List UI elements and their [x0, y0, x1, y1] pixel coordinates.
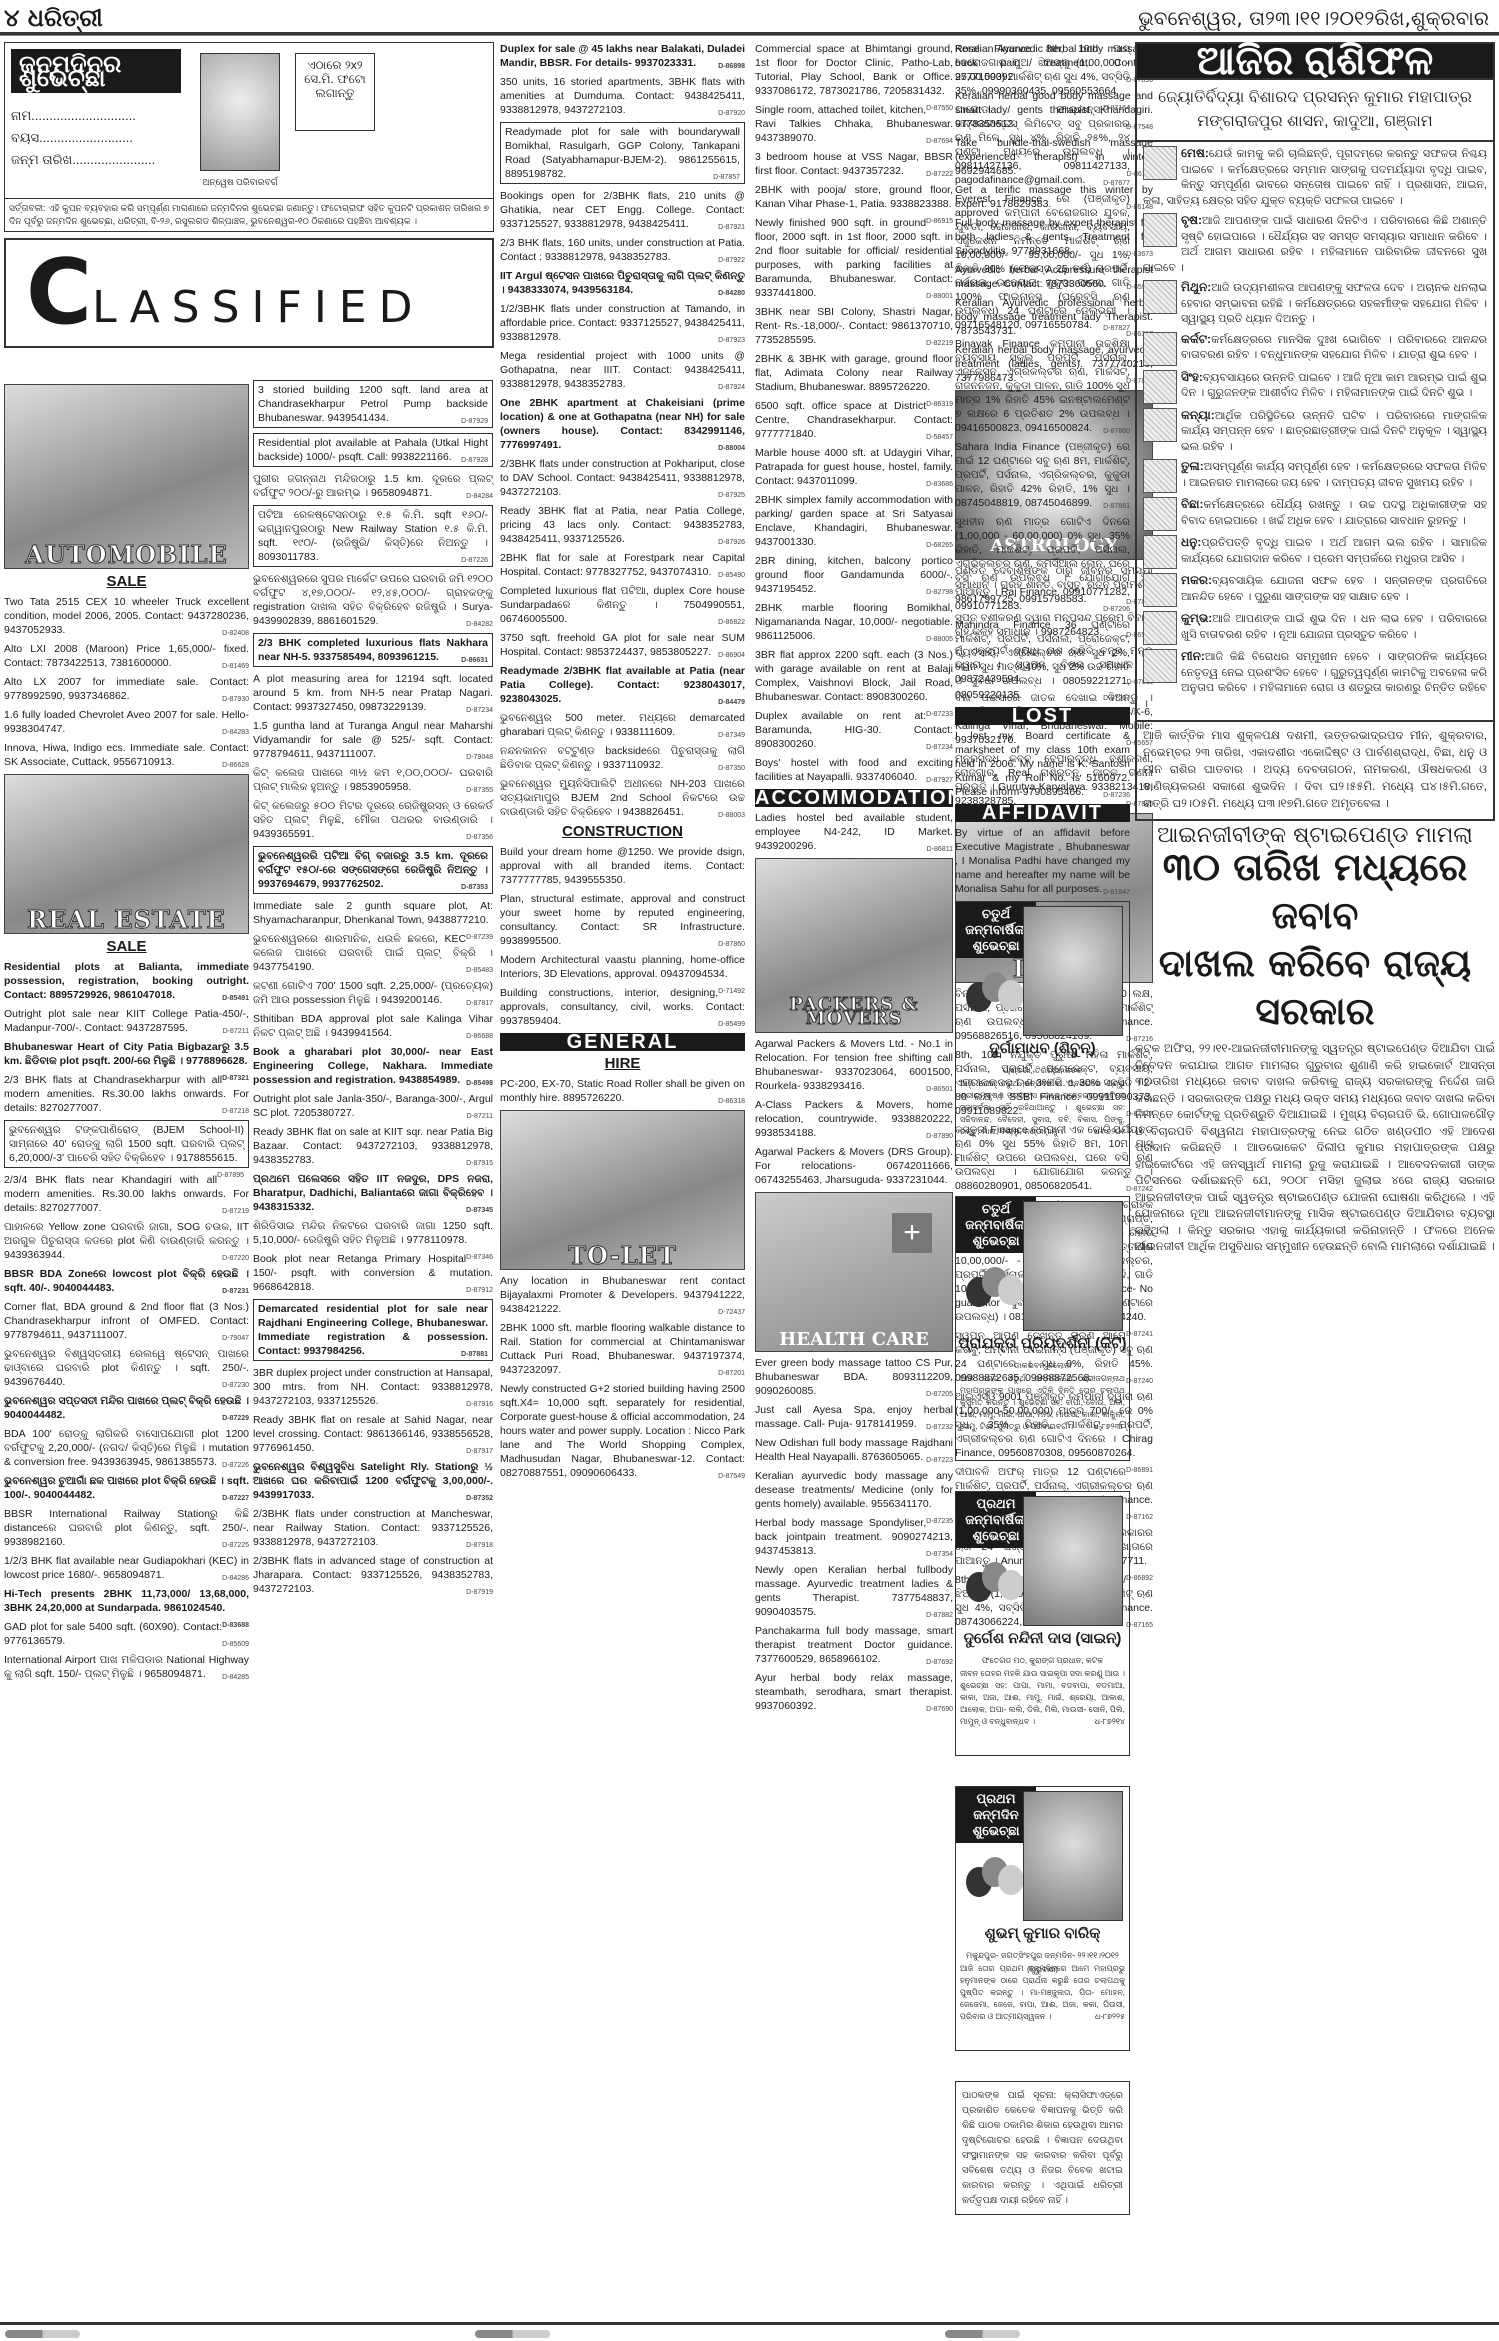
classified-ad: କିଟ୍ କଲେଜ ପାଖରେ ୩½ କମ ୧,୦୦,୦୦୦/- ଘରବାରି … [253, 766, 493, 794]
ad-code: D-87240 [1126, 1375, 1153, 1389]
ad-code: D-83686 [926, 478, 953, 492]
classified-ad: 1/2/3 BHK flat available near Gudiapokha… [4, 1554, 249, 1582]
lost-ad: I lost my Board certificate & marksheet … [955, 729, 1130, 799]
classified-ad: Residential plot available at Pahala (Ut… [253, 433, 493, 467]
classified-ad: 2/3BHK flats under construction at Manch… [253, 1507, 493, 1549]
horoscope-column: ଆଜିର ରାଶିଫଳ ଜ୍ୟୋତିର୍ବିଦ୍ୟା ବିଶାରଦ ପ୍ରସନ୍… [1135, 42, 1495, 1256]
ad-code: D-87231 [222, 1285, 249, 1299]
header-rule [0, 32, 1499, 36]
zodiac-sign-item: ମିଥୁନ:ଆଜି ଉଦ୍ୟମଶୀଳତା ଆପଣଙ୍କୁ ସଫଳତା ଦେବ ।… [1143, 280, 1487, 328]
ad-code: D-82219 [926, 337, 953, 351]
ad-code: D-87917 [466, 1445, 493, 1459]
ad-code: D-87929 [461, 415, 488, 429]
wish-message: ଆଜି ତୋର ଚତୁର୍ଥ ଜନ୍ମବାର୍ଷିକୀ ଅବସରରେ ପ୍ରଭୁ… [960, 1078, 1125, 1138]
classified-ad: 350 units, 16 storied apartments, 3BHK f… [500, 75, 745, 117]
classified-ad: ଶିରିଡିସାଇ ମନ୍ଦିର ନିକଟରେ ଘରବାରି ଜାଗା 1250… [253, 1219, 493, 1247]
zodiac-icon [1143, 408, 1177, 442]
classified-ad: Two Tata 2515 CEX 10 wheeler Truck excel… [4, 595, 249, 637]
classified-ad: ଭୁବନେଶ୍ୱର ବିଶ୍ୱସୁବିଧ Satelight Rly. Stat… [253, 1460, 493, 1502]
ad-code: D-86318 [718, 1095, 745, 1109]
classified-ad: Demarcated residential plot for sale nea… [253, 1299, 493, 1361]
classified-ad: New Odishan full body massage Rajdhani H… [755, 1436, 953, 1464]
ad-code: D-87232 [926, 1421, 953, 1435]
classified-ad: One 2BHK apartment at Chakeisiani (prime… [500, 396, 745, 452]
ad-code: D-87164 [1103, 102, 1130, 116]
classified-ad: 1.6 fully loaded Chevrolet Aveo 2007 for… [4, 708, 249, 736]
classified-ad: Single room, attached toilet, kitchen, R… [755, 103, 953, 145]
wish-place: ପାଣ୍ଡଗାଁ, ତିରିରିଆ, କଟକ [956, 1064, 1129, 1078]
classified-ad: 2BHK flat for sale at Forestpark near Ca… [500, 551, 745, 579]
ad-code: D-82408 [222, 627, 249, 641]
ad-code: D-88003 [718, 809, 745, 823]
classified-ad: Boys' hostel with food and exciting faci… [755, 756, 953, 784]
lost-heading: LOST [955, 707, 1130, 725]
ad-code: D-87234 [926, 741, 953, 755]
dateline: ଭୁବନେଶ୍ୱର, ତା୨୩।୧୧।୨୦୧୨ରିଖ,ଶୁକ୍ରବାର [1138, 6, 1489, 30]
automobile-image: AUTOMOBILE [4, 384, 249, 569]
wish-name: ପ୍ରାଯକ୍ତା ପ୍ରିୟଦର୍ଶିନୀ (କିଟି) [956, 1337, 1129, 1351]
zodiac-sign-item: ମେଷ:ଯେଉଁ କାମକୁ କରି ଚାଲିଛନ୍ତି, ପୂରାଦମ୍‌ରେ… [1143, 146, 1487, 209]
ad-code: D-87860 [718, 938, 745, 952]
classified-ad: 2BHK 1000 sft. marble flooring walkable … [500, 1321, 745, 1377]
zodiac-icon [1143, 611, 1177, 645]
classified-ad: ପାହାଳରେ Yellow zone ଘରବାରି ଜାଗା, SOG ଚଉକ… [4, 1220, 249, 1262]
ad-code: D-85498 [466, 1077, 493, 1091]
ad-code: D-87241 [1126, 1328, 1153, 1342]
classified-ad: 2BHK with pooja/ store, ground floor, Ka… [755, 183, 953, 211]
classified-ad: 2/3 BHK completed luxurious flats Nakhar… [253, 633, 493, 667]
ad-code: D-87223 [926, 1454, 953, 1468]
classified-ad: Completed luxurious flat ପଟିଆ, duplex Co… [500, 584, 745, 626]
zodiac-icon [1143, 280, 1177, 314]
classified-ad: Rose Finance 8th, 10th ପାସ୍ ବେରୋଜଗାର ପୁଅ… [955, 42, 1130, 98]
classified-ad: Ayur herbal body relax massage, steambat… [755, 1671, 953, 1713]
ad-code: D-87349 [718, 729, 745, 743]
classified-ad: Agarwal Packers & Movers Ltd. - No.1 in … [755, 1037, 953, 1093]
classified-ad: Corner flat, BDA ground & 2nd floor flat… [4, 1300, 249, 1342]
ad-code: D-87235 [926, 1515, 953, 1529]
zodiac-icon [1143, 649, 1177, 683]
child-photo [1023, 906, 1123, 1036]
ad-code: D-86898 [718, 60, 745, 74]
ad-code: D-87219 [222, 1205, 249, 1219]
ad-code: D-86915 [926, 215, 953, 229]
ad-code: D-84282 [466, 618, 493, 632]
classified-ad: Readymade plot for sale with boundarywal… [500, 122, 745, 184]
balloons-icon [966, 972, 1026, 1022]
ad-code: D-87211 [467, 1110, 493, 1124]
zodiac-sign-item: ଧନୁ:ପ୍ରତିପତ୍ତି ବୃଦ୍ଧି ପାଇବ । ଅର୍ଥ ଆଗମ ଭଲ… [1143, 535, 1487, 569]
packers-image: PACKERS & MOVERS [755, 858, 953, 1033]
classified-ad: Duplex for sale @ 45 lakhs near Balakati… [500, 42, 745, 70]
ad-code: D-86631 [461, 654, 488, 668]
zodiac-icon [1143, 497, 1177, 531]
classified-ad: 3BR duplex project under construction at… [253, 1366, 493, 1408]
classified-ad: Alto LXI 2008 (Maroon) Price 1,65,000/- … [4, 642, 249, 670]
horoscope-title: ଆଜିର ରାଶିଫଳ [1135, 42, 1495, 80]
ad-code: D-87229 [222, 1412, 249, 1426]
ad-code: D-87928 [461, 454, 488, 468]
ad-code: D-87550 [926, 102, 953, 116]
child-photo [1023, 1496, 1123, 1626]
ad-code: D-85483 [466, 964, 493, 978]
classified-ad: Hi-Tech presents 2BHK 11,73,000/ 13,68,0… [4, 1587, 249, 1615]
classified-ad: Newly open Keralian herbal fullbody mass… [755, 1563, 953, 1619]
classified-ad: IIT Argul ଷ୍ଟେସନ ପାଖରେ ପିଚୁରାସ୍ତାକୁ ଲାଗି… [500, 269, 745, 297]
classified-ad: 3BHK near SBI Colony, Shastri Nagar, Ren… [755, 305, 953, 347]
classified-ad: Outright plot sale near KIIT College Pat… [4, 1007, 249, 1035]
sale-heading: SALE [4, 575, 249, 589]
ad-code: D-83688 [222, 1619, 249, 1633]
ad-code: D-86891 [1126, 1464, 1153, 1478]
wish-place: ଫତେଗଡ ମଠ, କୁରାଙ୍ଗ ପ୍ରଧାନ, କଟକ [956, 1654, 1129, 1668]
affidavit-heading: AFFIDAVIT [955, 804, 1130, 822]
classified-ad: Immediate sale 2 gunth square plot, At: … [253, 899, 493, 927]
ad-code: D-87234 [466, 704, 493, 718]
classified-ad: Ever green body massage tattoo CS Pur, B… [755, 1356, 953, 1398]
ad-code: D-87677 [1103, 177, 1130, 191]
column-2: 3 storied building 1200 sqft. land area … [253, 380, 493, 1601]
classified-ad: ପୁରୀର ଜଗନ୍ନାଥ ମନ୍ଦିରଠାରୁ 1.5 km. ଦୂରରେ ପ… [253, 472, 493, 500]
packers-label: PACKERS & MOVERS [756, 998, 952, 1026]
construction-heading: CONSTRUCTION [500, 825, 745, 839]
classified-ad: ପଟିଆ ରେଳଷ୍ଟେସନଠାରୁ ୧.୫ କି.ମି. sqft ୧୬୦/-… [253, 505, 493, 567]
classified-ad: Building constructions, interior, design… [500, 986, 745, 1028]
ad-code: D-87205 [926, 1388, 953, 1402]
column-4: Commercial space at Bhimtangi ground, 1s… [755, 42, 953, 1718]
zodiac-sign-item: କୁମ୍ଭ:ଆଜି ଆପଣଙ୍କ ପାଇଁ ଶୁଭ ଦିନ । ଧନ ଲାଭ ହ… [1143, 611, 1487, 645]
ad-code: D-84280 [718, 287, 745, 301]
ad-code: D-72437 [718, 1306, 745, 1320]
classified-ad: Ready 3BHK flat on resale at Sahid Nagar… [253, 1413, 493, 1455]
classified-ad: 2/3 BHK flats, 160 units, under construc… [500, 236, 745, 264]
classified-ad: Readymade 2/3BHK flat available at Patia… [500, 664, 745, 706]
classified-ad: Newly finished 900 sqft. in ground floor… [755, 216, 953, 300]
wish-place: ଡାକଭବନ କଲୋନୀ [956, 1359, 1129, 1373]
classified-ad: Everest Finance ରେ (ପଞ୍ଜୀକୃତ) approved କ… [955, 192, 1130, 332]
ad-code: D-87827 [1103, 322, 1130, 336]
page-number-label: ୪ ଧରିତ୍ରୀ [4, 4, 103, 32]
ad-code: D-87920 [718, 107, 745, 121]
ad-code: D-87916 [466, 1398, 493, 1412]
classified-ad: 3BR flat approx 2200 sqft. each (3 Nos.)… [755, 648, 953, 704]
column-3: Duplex for sale @ 45 lakhs near Balakati… [500, 42, 745, 1485]
classified-ad: ଭୁବନେଶ୍ୱର ମ୍ୟୁନିସିପାଲିଟି ଅଧୀନରେ NH-203 ପ… [500, 777, 745, 819]
classified-ad: Build your dream home @1250. We provide … [500, 845, 745, 887]
classified-ad: 2/3BHK flats in advanced stage of constr… [253, 1554, 493, 1596]
classified-ad: Keralian ayurvedic body massage any dese… [755, 1469, 953, 1511]
classified-ad: Sthitiban BDA approval plot sale Kalinga… [253, 1012, 493, 1040]
classified-ad: BBSR BDA Zoneରେ lowcost plot ବିକ୍ରି ହେଉଛ… [4, 1267, 249, 1295]
classified-ad: Any location in Bhubaneswar rent contact… [500, 1274, 745, 1316]
zodiac-icon [1143, 370, 1177, 404]
ad-code: D-86904 [718, 649, 745, 663]
ad-code: D-87356 [466, 831, 493, 845]
ad-code: D-84284 [466, 490, 493, 504]
classified-ad: Panchakarma full body massage, smart the… [755, 1624, 953, 1666]
general-heading: GENERAL [500, 1033, 745, 1051]
zodiac-sign-item: କର୍କଟ:କର୍ମକ୍ଷେତ୍ରରେ ମାନସିକ ଦୁଃଖ ଭୋଗିବେ ।… [1143, 332, 1487, 366]
medical-cross-icon: + [892, 1213, 932, 1253]
classified-ad: Bhubaneswar Heart of City Patia Bigbazar… [4, 1040, 249, 1068]
panchang: ଆଜି କାର୍ତ୍ତିକ ମାସ ଶୁକ୍ଳପକ୍ଷ ଦଶମୀ, ଉତ୍ତରଭ… [1135, 722, 1495, 821]
classified-ad: 1/2/3BHK flats under construction at Tam… [500, 302, 745, 344]
zodiac-sign-item: ବିଛା:କର୍ମକ୍ଷେତ୍ରରେ ଧୈର୍ଯ୍ୟ ରଖନ୍ତୁ । ଉଚ୍ଚ… [1143, 497, 1487, 531]
classified-ad: 2/3 BHK flats at Chandrasekharpur with a… [4, 1073, 249, 1115]
ad-code: D-87352 [466, 1492, 493, 1506]
classified-ad: Alto LX 2007 for immediate sale. Contact… [4, 675, 249, 703]
ad-code: D-58457 [926, 431, 953, 445]
ad-code: D-86628 [222, 759, 249, 773]
news-kicker: ଆଇନଜୀବୀଙ୍କ ଷ୍ଟାଇପେଣ୍ଡ ମାମଲା [1135, 829, 1495, 843]
ad-code: D-71492 [718, 985, 745, 999]
birthday-wish: ପ୍ରଥମ ଜନ୍ମଦିନ ଶୁଭେଚ୍ଛାଶୁଭମ୍ କୁମାର ବାରିକ୍… [955, 1786, 1130, 2051]
zodiac-sign-item: ବୃଷ:ଆଜି ଆପଣଙ୍କ ପାଇଁ ସାଧାରଣ ଦିନଟିଏ । ପରିବ… [1143, 213, 1487, 276]
ad-code: D-87924 [718, 381, 745, 395]
classified-ad: Bookings open for 2/3BHK flats, 210 unit… [500, 189, 745, 231]
ad-code: D-87201 [718, 1367, 745, 1381]
classified-ad: International Airport ପାଖ ମଳିପଡାର Nation… [4, 1653, 249, 1681]
ad-code: D-88005 [926, 633, 953, 647]
column-1-ads: AUTOMOBILE SALE Two Tata 2515 CEX 10 whe… [4, 380, 249, 1686]
ad-code: D-85491 [222, 992, 249, 1006]
ad-code: D-87225 [222, 1539, 249, 1553]
child-photo [1023, 1201, 1123, 1331]
zodiac-icon [1143, 213, 1177, 247]
realestate-label: REAL ESTATE [5, 913, 248, 927]
sample-photo [200, 53, 280, 171]
zodiac-sign-item: କନ୍ୟା:ଆର୍ଥିକ ପରିସ୍ଥିତିରେ ଉନ୍ନତି ଘଟିବ । ପ… [1143, 408, 1487, 456]
ad-code: D-87233 [926, 708, 953, 722]
classified-ad: A-Class Packers & Movers, home relocatio… [755, 1098, 953, 1140]
classified-ad: Modern Architectural vaastu planning, ho… [500, 953, 745, 981]
classified-ad: 3750 sqft. freehold GA plot for sale nea… [500, 631, 745, 659]
ad-code: D-88004 [718, 442, 745, 456]
ad-code: D-79047 [222, 1332, 249, 1346]
classified-ad: Marble house 4000 sft. at Udaygiri Vihar… [755, 446, 953, 488]
realestate-image: REAL ESTATE [4, 774, 249, 934]
classified-ad: ଭୁବନେଶ୍ୱର ଚୁଆଗାଁ ଛକ ପାଖରେ plot ବିକ୍ରି ହେ… [4, 1474, 249, 1502]
scrollbar-2[interactable] [475, 2330, 550, 2338]
classified-ad: ଭୁବନେଶ୍ୱର ଟଙ୍କପାଣିରୋଡ୍ (BJEM School-II) … [4, 1120, 249, 1168]
classified-ad: କିଟ୍ କଲେଜରୁ ୫୦୦ ମିଟର ଦୂରରେ ରେଜିଷ୍ଟ୍ରସନ୍ … [253, 799, 493, 841]
birthday-wish: ପ୍ରଥମ ଜନ୍ମବାର୍ଷିକୀ ଶୁଭେଚ୍ଛାଦୁର୍ଗେଶ ନନ୍ଦି… [955, 1491, 1130, 1756]
classified-ad: Newly constructed G+2 storied building h… [500, 1382, 745, 1480]
ad-code: D-87895 [217, 1169, 244, 1183]
zodiac-sign-item: ମୀନ:ଆଜି କିଛି ବିରୋଧର ସମ୍ମୁଖୀନ ହେବେ । ସାଙ୍… [1143, 649, 1487, 712]
balloons-icon [966, 1562, 1026, 1612]
scrollbar-3[interactable] [945, 2330, 1020, 2338]
classified-ad: Book a gharabari plot 30,000/- near East… [253, 1045, 493, 1087]
classified-ad: Ready 3BHK flat on sale at KIIT sqr. nea… [253, 1125, 493, 1167]
ad-code: D-87881 [461, 1348, 488, 1362]
classified-ad: 6500 sqft. office space at District Cent… [755, 399, 953, 441]
classified-ad: 2/3/4 BHK flats near Khandagiri with all… [4, 1173, 249, 1215]
ad-code: D-87207 [1103, 692, 1130, 706]
ad-code: D-87927 [926, 774, 953, 788]
classified-ad: Herbal body massage Spondyliser, back jo… [755, 1516, 953, 1558]
ad-code: D-87220 [222, 1252, 249, 1266]
ad-code: D-87345 [466, 1204, 493, 1218]
ad-code: D-82798 [926, 586, 953, 600]
classified-ad: 2/3BHK flats under construction at Pokha… [500, 457, 745, 499]
ad-code: D-88001 [926, 290, 953, 304]
healthcare-label: HEALTH CARE [756, 1333, 952, 1347]
ad-code: D-87354 [926, 1548, 953, 1562]
tolet-label: TO-LET [501, 1249, 744, 1263]
ad-code: D-87226 [222, 1459, 249, 1473]
ad-code: D-68265 [926, 539, 953, 553]
ad-code: D-87321 [222, 1072, 249, 1086]
ad-code: D-87211 [223, 1025, 249, 1039]
classified-ad: 1.5 guntha land at Turanga Angul near Ma… [253, 719, 493, 761]
wish-message: ଆଜି ତୋର ପ୍ରଥମ ଜନ୍ମଦିନରେ ଆମେ ମହାପ୍ରଭୁ ହନୁ… [960, 1963, 1125, 2023]
ad-code: D-87919 [466, 1586, 493, 1600]
horoscope-signs: ମେଷ:ଯେଉଁ କାମକୁ କରି ଚାଲିଛନ୍ତି, ପୂରାଦମ୍‌ରେ… [1135, 142, 1495, 722]
accommodation-heading: ACCOMMODATION [755, 789, 953, 807]
classified-ad: Duplex available on rent at: Baramunda, … [755, 709, 953, 751]
classified-ad: 3 bedroom house at VSS Nagar, BBSR first… [755, 150, 953, 178]
ad-code: D-87690 [926, 1703, 953, 1717]
zodiac-sign-item: ତୁଳା:ଅସମ୍ପୂର୍ଣ୍ଣ କାର୍ଯ୍ୟ ସମ୍ପୂର୍ଣ୍ଣ ହେବ … [1143, 459, 1487, 493]
ad-code: D-87922 [718, 254, 745, 268]
ad-code: D-86319 [926, 398, 953, 412]
classified-ad: ଭୁବନେଶ୍ୱରରି ପଟିଆ ବିଗ୍ ବଜାରରୁ 3.5 km. ଦୂର… [253, 846, 493, 894]
ad-code: D-87162 [1126, 1511, 1153, 1525]
zodiac-icon [1143, 332, 1177, 366]
news-body: କଟକ ଅଫିସ, ୨୨।୧୧-ଆଇନଜୀବୀମାନଙ୍କୁ ସ୍ୱତନ୍ତ୍ର… [1135, 1041, 1495, 1256]
classified-ad: 3 storied building 1200 sqft. land area … [253, 380, 493, 428]
classified-ad: Residential plots at Balianta, immediate… [4, 960, 249, 1002]
photo-caption: ଅନ୍ୱେଷ ପରିବାରବର୍ଗ [200, 175, 280, 189]
classified-ad: Innova, Hiwa, Indigo ecs. Immediate sale… [4, 741, 249, 769]
ad-code: D-87353 [461, 881, 488, 895]
ad-code: D-84479 [718, 696, 745, 710]
scrollbar-1[interactable] [5, 2330, 80, 2338]
ad-code: D-87925 [718, 489, 745, 503]
ad-code: D-85490 [718, 569, 745, 583]
ad-code: D-87882 [926, 1609, 953, 1623]
ad-code: D-84286 [222, 1572, 249, 1586]
classified-ad: Book plot near Retanga Primary Hospital … [253, 1252, 493, 1294]
classified-banner: C LASSIFIED [4, 238, 494, 348]
classified-ad: ପ୍ରଥମେ ପଲେସରେ ସହିତ IIT ନଜଦୁର, DPS ନଜରା, … [253, 1172, 493, 1214]
ad-code: D-86811 [927, 843, 953, 857]
classified-ad: Ladies hostel bed available student, emp… [755, 811, 953, 853]
classified-ad: ଭୁବନେଶ୍ୱର ସପ୍ତସତୀ ମନ୍ଦିର ପାଖରେ ପ୍ଲଟ୍ ବିକ… [4, 1394, 249, 1422]
classified-ad: A plot measuring area for 12194 sqft. lo… [253, 672, 493, 714]
classified-ad: Ready 3BHK flat at Patia, near Patia Col… [500, 504, 745, 546]
ad-code: D-84283 [222, 726, 249, 740]
classified-ad: ଭୁବନେଶ୍ୱରରେ ଶାରମାନିକ, ଧଉଳି ଛକରେ, KEC କଲେ… [253, 932, 493, 974]
zodiac-icon [1143, 146, 1177, 180]
coupon-title: ଜନ୍ମଦିନର ଶୁଭେଚ୍ଛା [11, 49, 181, 93]
ad-code: D-81469 [222, 660, 249, 674]
wish-name: ଶୁଭମ୍ କୁମାର ବାରିକ୍ [956, 1927, 1129, 1941]
ad-code: D-86688 [466, 1030, 493, 1044]
page-header: ୪ ଧରିତ୍ରୀ ଭୁବନେଶ୍ୱର, ତା୨୩।୧୧।୨୦୧୨ରିଖ,ଶୁକ… [0, 0, 1499, 34]
balloons-icon [966, 1267, 1026, 1317]
column-1: ଜନ୍ମଦିନର ଶୁଭେଚ୍ଛା ଏଠାରେ ୨x୨ ସେ.ମି. ଫଟୋ ଲ… [4, 42, 494, 356]
ad-code: D-87227 [222, 1492, 249, 1506]
classified-ad: Mahindra Finance 36 ଘଣ୍ଟାରେ ମାର୍କଶିଟ୍, ପ… [955, 618, 1130, 702]
ad-code: D-87890 [926, 1130, 953, 1144]
ad-code: D-87860 [1103, 425, 1130, 439]
classified-ad: Binayak Finance କମ୍ପାନୀ ଉଚ୍ଚଶିକ୍ଷା ବ୍ୟବସ… [955, 337, 1130, 435]
wish-message: ଜୀବନ ତୋହର ମହକି ଯାଉ ସାଇକୃପା ସଦା କରଣୁ ଆଉ ।… [960, 1668, 1125, 1728]
wish-name: ଦୁର୍ଗାମାଧବ (ଶିବୁନ୍) [956, 1042, 1129, 1056]
ad-code: D-87218 [222, 1105, 249, 1119]
ad-code: D-87226 [461, 554, 488, 568]
ad-code: D-87346 [466, 1251, 493, 1265]
classified-ad: ନନ୍ଦନକାନନ ବଟ୍ଟୁଣ୍ଡ backsideରେ ପିଚୁରାସ୍ତା… [500, 744, 745, 772]
classified-ad: Sahara India Finance (ପଞ୍ଜୀକୃତ) ରେ ପାଇଁ … [955, 440, 1130, 510]
classified-ad: Just call Ayesa Spa, enjoy herbal massag… [755, 1403, 953, 1431]
classified-ad: 2BHK marble flooring Bomikhal, Nigamanan… [755, 601, 953, 643]
ad-code: D-87861 [1103, 500, 1130, 514]
classified-ad: 2BR dining, kitchen, balcony portico gro… [755, 554, 953, 596]
classified-ad: Plan, structural estimate, approval and … [500, 892, 745, 948]
footer-rule [0, 2322, 1499, 2325]
ad-code: D-84285 [222, 1671, 249, 1685]
classified-ad: Outright plot sale Janla-350/-, Baranga-… [253, 1092, 493, 1120]
photo-placeholder: ଏଠାରେ ୨x୨ ସେ.ମି. ଫଟୋ ଲଗାନ୍ତୁ [295, 53, 375, 131]
ad-code: D-87915 [466, 1157, 493, 1171]
ad-code: D-87239 [466, 931, 493, 945]
tolet-image: TO-LET [500, 1110, 745, 1270]
classified-ad: ଭୁବନେଶ୍ୱର ବିଶ୍ୱସ୍ତରୀୟ ରେଲୱେ ଷ୍ଟେସନ୍ ପାଖର… [4, 1347, 249, 1389]
classified-ad: Agarwal Packers & Movers (DRS Group). Fo… [755, 1145, 953, 1187]
zodiac-sign-item: ସିଂହ:ବ୍ୟବସାୟରେ ଉନ୍ନତି ପାଇବେ । ଆଜି ନୂଆ କା… [1143, 370, 1487, 404]
child-photo [1023, 1791, 1123, 1921]
ad-code: D-87355 [466, 784, 493, 798]
ad-code: D-85609 [222, 1638, 249, 1652]
sale-heading-2: SALE [4, 940, 249, 954]
affidavit-ad: By virtue of an affidavit before Executi… [955, 826, 1130, 896]
column-6: Rose Finance 8th, 10th ପାସ୍ ବେରୋଜଗାର ପୁଅ… [955, 42, 1130, 2215]
classified-ad: PC-200, EX-70, Static Road Roller shall … [500, 1077, 745, 1105]
classified-ad: ଭୁବନେଶ୍ୱରରେ ସୁପର ମାର୍କେଟ ଉପରେ ଘରବାରି ଜମି… [253, 572, 493, 628]
ad-code: D-87926 [718, 536, 745, 550]
healthcare-image: + HEALTH CARE [755, 1192, 953, 1352]
news-headline-2: ଦାଖଲ କରିବେ ରାଜ୍ୟ ସରକାର [1135, 939, 1495, 1035]
ad-code: D-87817 [466, 997, 493, 1011]
ad-code: D-87918 [466, 1539, 493, 1553]
birthday-wish: ଚତୁର୍ଥ ଜନ୍ମବାର୍ଷିକୀ ଶୁଭେଚ୍ଛାପ୍ରାଯକ୍ତା ପ୍… [955, 1196, 1130, 1461]
ad-code: D-87692 [926, 1656, 953, 1670]
ad-code: D-86501 [926, 1083, 953, 1097]
ad-code: D-87923 [718, 334, 745, 348]
ad-code: D-87694 [926, 135, 953, 149]
birthday-wish: ଚତୁର୍ଥ ଜନ୍ମବାର୍ଷିକୀ ଶୁଭେଚ୍ଛାଦୁର୍ଗାମାଧବ (… [955, 901, 1130, 1166]
ad-code: D-86822 [718, 616, 745, 630]
ad-code: D-87165 [1126, 1619, 1153, 1633]
zodiac-icon [1143, 535, 1177, 569]
ad-code: D-79048 [466, 751, 493, 765]
classified-ad: Commercial space at Bhimtangi ground, 1s… [755, 42, 953, 98]
classified-ad: ଭୁବନେଶ୍ୱର 500 meter. ମଧ୍ୟରେ demarcated g… [500, 711, 745, 739]
birthday-coupon: ଜନ୍ମଦିନର ଶୁଭେଚ୍ଛା ଏଠାରେ ୨x୨ ସେ.ମି. ଫଟୋ ଲ… [4, 42, 494, 232]
classified-ad: GAD plot for sale 5400 sqft. (60X90). Co… [4, 1620, 249, 1648]
zodiac-sign-item: ମକର:ବ୍ୟବସାୟିକ ଯୋଜନା ସଫଳ ହେବ । ସନ୍ତାନଙ୍କ … [1143, 573, 1487, 607]
zodiac-icon [1143, 459, 1177, 493]
wish-message: ଆଜି ତୋର ଚତୁର୍ଥ ଜନ୍ମଦିନରେ ଶ୍ରୀଜଗନ୍ନାଥ ମହା… [960, 1373, 1125, 1433]
classified-ad: BBSR International Railway Stationରୁ କିଛ… [4, 1507, 249, 1549]
classified-ad: 2BHK & 3BHK with garage, ground floor fl… [755, 352, 953, 394]
wish-name: ଦୁର୍ଗେଶ ନନ୍ଦିନୀ ଦାସ (ସାଇନ୍) [956, 1632, 1129, 1646]
ad-code: D-87549 [718, 1470, 745, 1484]
ad-code: D-87222 [926, 168, 953, 182]
